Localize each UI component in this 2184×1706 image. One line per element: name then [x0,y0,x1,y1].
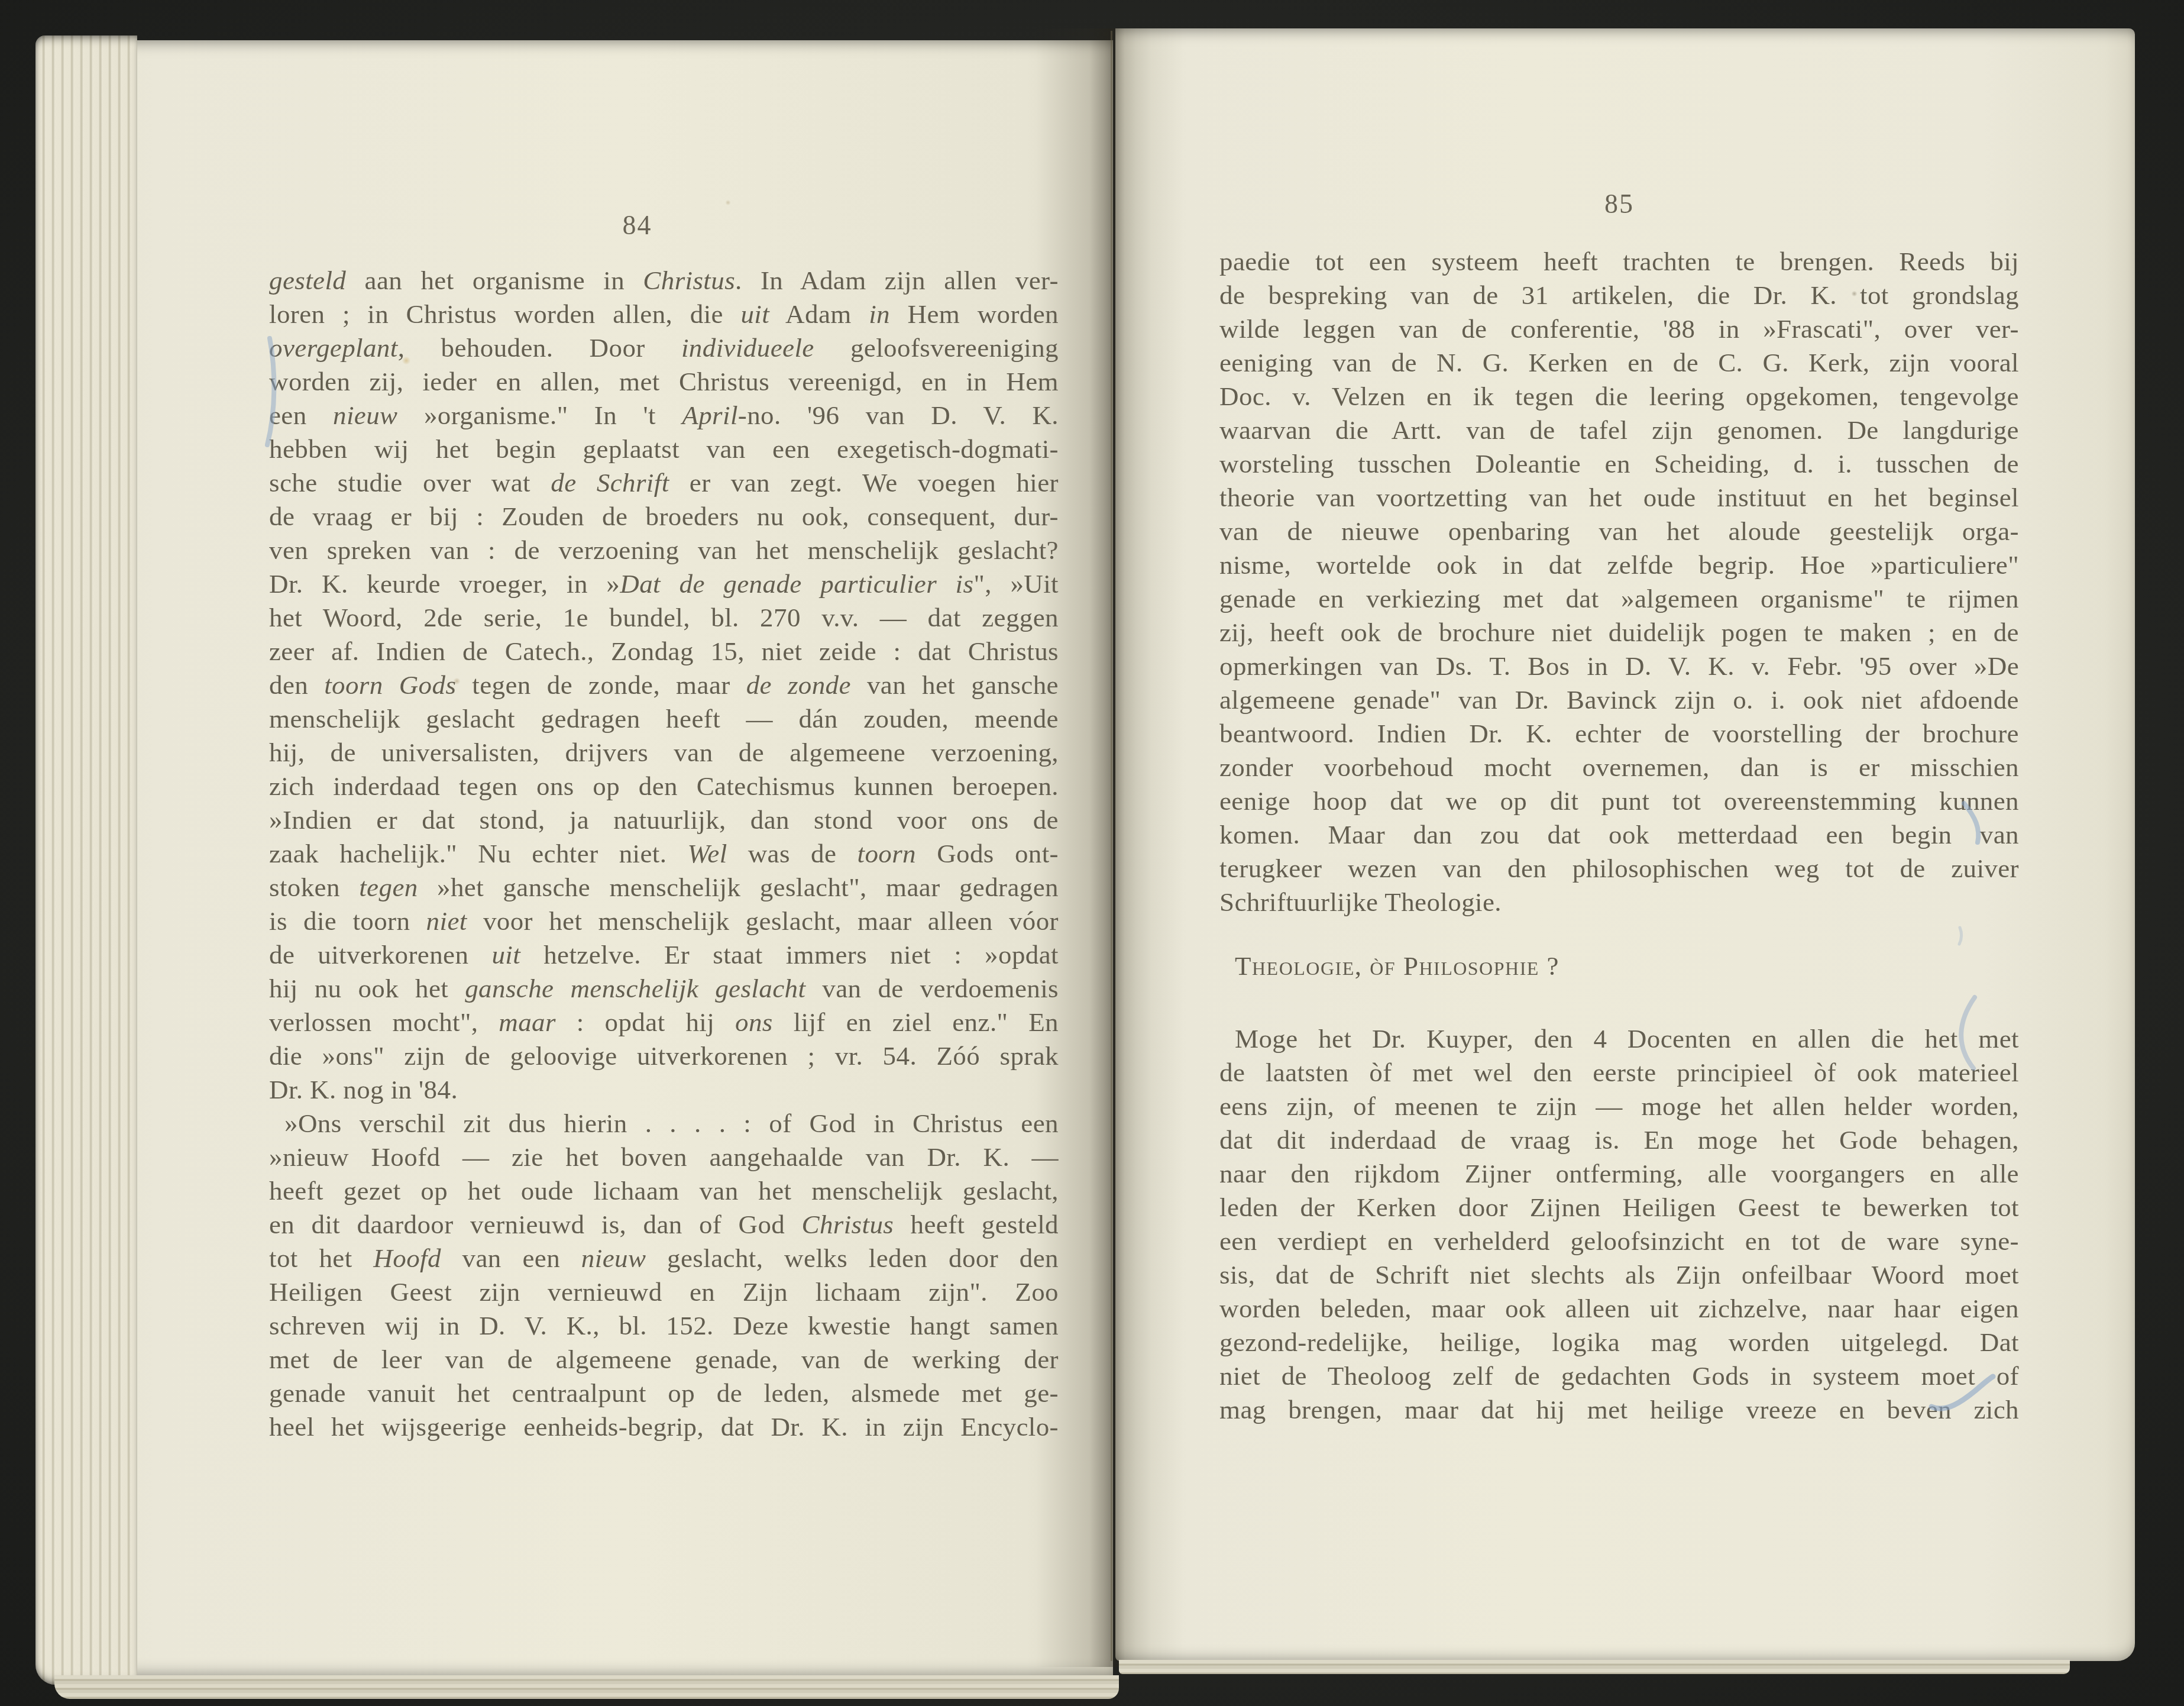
text-line: nisme, wortelde ook in dat zelfde begrip… [1219,548,2019,582]
gutter-fold-line [1111,31,1112,1661]
text-line: loren ; in Christus worden allen, die ui… [269,298,1059,331]
text-line: de vraag er bij : Zouden de broeders nu … [269,500,1059,534]
text-line: zij, heeft ook de brochure niet duidelij… [1219,616,2019,650]
text-line: »nieuw Hoofd — zie het boven aangehaalde… [269,1140,1059,1174]
text-line: komen. Maar dan zou dat ook metterdaad e… [1219,818,2019,852]
text-line: naar den rijkdom Zijner ontferming, alle… [1219,1157,2019,1191]
text-line: heel het wijsgeerige eenheids-begrip, da… [269,1410,1059,1444]
text-line: die »ons" zijn de geloovige uitverkorene… [269,1039,1059,1073]
paper-stain [725,200,731,205]
text-line: mag brengen, maar dat hij met heilige vr… [1219,1393,2019,1427]
text-line: de laatsten òf met wel den eerste princi… [1219,1056,2019,1090]
text-line: eens zijn, of meenen te zijn — moge het … [1219,1090,2019,1123]
text-line: hij, de universalisten, drijvers van de … [269,736,1059,770]
text-line: »Indien er dat stond, ja natuurlijk, dan… [269,803,1059,837]
text-line: Doc. v. Velzen en ik tegen die leering o… [1219,380,2019,413]
text-line: zich inderdaad tegen ons op den Catechis… [269,770,1059,803]
text-line: tot het Hoofd van een nieuw geslacht, we… [269,1242,1059,1275]
text-line: zeer af. Indien de Catech., Zondag 15, n… [269,635,1059,668]
text-line: terugkeer wezen van den philosophischen … [1219,852,2019,886]
text-line: algemeene genade" van Dr. Bavinck zijn o… [1219,683,2019,717]
page-edge-stack [35,35,137,1685]
text-line: eeniging van de N. G. Kerken en de C. G.… [1219,346,2019,380]
text-line: verlossen mocht", maar : opdat hij ons l… [269,1006,1059,1039]
paper-stain [1851,291,1858,296]
text-line: zonder voorbehoud mocht overnemen, dan i… [1219,751,2019,784]
text-line: worsteling tusschen Doleantie en Scheidi… [1219,447,2019,481]
text-line: worden zij, ieder en allen, met Christus… [269,365,1059,399]
text-line: gezond-redelijke, heilige, logika mag wo… [1219,1326,2019,1359]
text-line: een verdiept en verhelderd geloofsinzich… [1219,1224,2019,1258]
text-line: genade vanuit het centraalpunt op de led… [269,1377,1059,1410]
book-photo-scene: 84 85 gesteld aan het organisme in Chris… [0,0,2184,1706]
text-line: Moge het Dr. Kuyper, den 4 Docenten en a… [1219,1022,2019,1056]
text-line: de bespreking van de 31 artikelen, die D… [1219,279,2019,312]
text-line: sis, dat de Schrift niet slechts als Zij… [1219,1258,2019,1292]
text-line: is die toorn niet voor het menschelijk g… [269,904,1059,938]
text-line: den toorn Gods tegen de zonde, maar de z… [269,668,1059,702]
text-line: opmerkingen van Ds. T. Bos in D. V. K. v… [1219,650,2019,683]
text-line: gesteld aan het organisme in Christus. I… [269,264,1059,298]
text-line: worden beleden, maar ook alleen uit zich… [1219,1292,2019,1326]
text-line: Heiligen Geest zijn vernieuwd en Zijn li… [269,1275,1059,1309]
bottom-page-edges-right [1119,1660,2070,1674]
text-line: sche studie over wat de Schrift er van z… [269,466,1059,500]
text-line: Schriftuurlijke Theologie. [1219,886,2019,919]
text-line: waarvan die Artt. van de tafel zijn geno… [1219,413,2019,447]
text-line: stoken tegen »het gansche menschelijk ge… [269,871,1059,904]
text-line: van de nieuwe openbaring van het aloude … [1219,515,2019,548]
text-column-page-84: gesteld aan het organisme in Christus. I… [269,264,1059,1444]
text-line: genade en verkiezing met dat »algemeen o… [1219,582,2019,616]
text-line: Dr. K. keurde vroeger, in »Dat de genade… [269,567,1059,601]
text-line: heeft gezet op het oude lichaam van het … [269,1174,1059,1208]
text-line: een nieuw »organisme." In 't April-no. '… [269,399,1059,432]
section-heading: Theologie, òf Philosophie ? [1219,949,2019,983]
text-line: niet de Theoloog zelf de gedachten Gods … [1219,1359,2019,1393]
page-number-right: 85 [1219,187,2019,221]
text-line: overgeplant, behouden. Door individueele… [269,331,1059,365]
text-line: eenige hoop dat we op dit punt tot overe… [1219,784,2019,818]
text-line: »Ons verschil zit dus hierin . . . . : o… [269,1107,1059,1140]
text-line: paedie tot een systeem heeft trachten te… [1219,245,2019,279]
paper-stain [453,678,461,684]
text-line: zaak hachelijk." Nu echter niet. Wel was… [269,837,1059,871]
text-line: leden der Kerken door Zijnen Heiligen Ge… [1219,1191,2019,1224]
text-line: dat dit inderdaad de vraag is. En moge h… [1219,1123,2019,1157]
text-line: hebben wij het begin geplaatst van een e… [269,432,1059,466]
text-line: de uitverkorenen uit hetzelve. Er staat … [269,938,1059,972]
bottom-page-edges-left [54,1675,1119,1699]
text-line: met de leer van de algemeene genade, van… [269,1343,1059,1377]
text-line: wilde leggen van de conferentie, '88 in … [1219,312,2019,346]
text-line: theorie van voortzetting van het oude in… [1219,481,2019,515]
text-line: en dit daardoor vernieuwd is, dan of God… [269,1208,1059,1242]
page-number-left: 84 [242,208,1032,242]
text-line: Dr. K. nog in '84. [269,1073,1059,1107]
text-line: hij nu ook het gansche menschelijk gesla… [269,972,1059,1006]
paper-stain [402,357,411,364]
text-line: beantwoord. Indien Dr. K. echter de voor… [1219,717,2019,751]
text-column-page-85: paedie tot een systeem heeft trachten te… [1219,245,2019,1427]
text-line: ven spreken van : de verzoening van het … [269,534,1059,567]
text-line: het Woord, 2de serie, 1e bundel, bl. 270… [269,601,1059,635]
text-line: menschelijk geslacht gedragen heeft — dá… [269,702,1059,736]
text-line: schreven wij in D. V. K., bl. 152. Deze … [269,1309,1059,1343]
